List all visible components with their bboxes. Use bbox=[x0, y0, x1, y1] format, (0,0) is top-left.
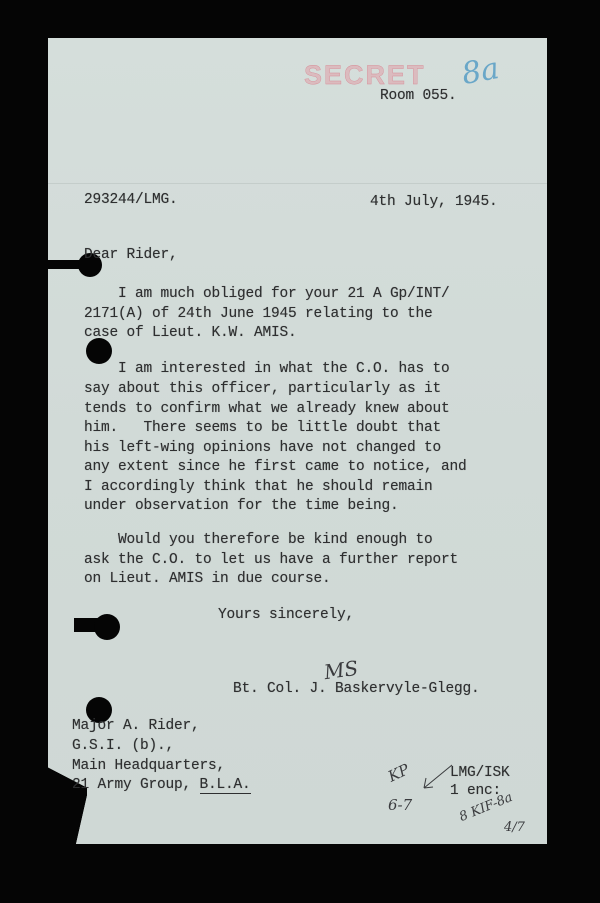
paragraph-line: him. There seems to be little doubt that bbox=[84, 419, 441, 439]
file-annotation-handwritten: 8a bbox=[459, 51, 502, 92]
addressee-line: Main Headquarters, bbox=[72, 757, 225, 777]
paper-fold-line bbox=[48, 183, 547, 184]
paragraph-line: ask the C.O. to let us have a further re… bbox=[84, 551, 458, 571]
paragraph-line: 2171(A) of 24th June 1945 relating to th… bbox=[84, 305, 433, 325]
addressee-unit: 21 Army Group, bbox=[72, 777, 200, 793]
reference-number: 293244/LMG. bbox=[84, 191, 178, 211]
paragraph-line: on Lieut. AMIS in due course. bbox=[84, 570, 331, 590]
room-number: Room 055. bbox=[380, 87, 457, 107]
addressee-underlined-bla: B.L.A. bbox=[200, 777, 251, 794]
handwritten-note-6-7: 6-7 bbox=[388, 796, 412, 814]
paragraph-line: Would you therefore be kind enough to bbox=[84, 531, 433, 551]
paragraph-line: any extent since he first came to notice… bbox=[84, 458, 467, 478]
paragraph-line: tends to confirm what we already knew ab… bbox=[84, 400, 450, 420]
paragraph-line: I accordingly think that he should remai… bbox=[84, 478, 433, 498]
paragraph-line: I am much obliged for your 21 A Gp/INT/ bbox=[84, 285, 450, 305]
paragraph-line: his left-wing opinions have not changed … bbox=[84, 439, 441, 459]
paragraph-line: under observation for the time being. bbox=[84, 497, 399, 517]
handwritten-note-date: 4/7 bbox=[504, 820, 525, 835]
addressee-line: 21 Army Group, B.L.A. bbox=[72, 776, 251, 796]
paragraph-line: say about this officer, particularly as … bbox=[84, 380, 441, 400]
paragraph-line: case of Lieut. K.W. AMIS. bbox=[84, 324, 297, 344]
arrow-annotation-icon bbox=[420, 762, 454, 792]
addressee-line: Major A. Rider, bbox=[72, 717, 200, 737]
salutation: Dear Rider, bbox=[84, 246, 178, 266]
letter-date: 4th July, 1945. bbox=[370, 193, 498, 213]
addressee-line: G.S.I. (b)., bbox=[72, 737, 174, 757]
paragraph-line: I am interested in what the C.O. has to bbox=[84, 360, 450, 380]
closing: Yours sincerely, bbox=[218, 606, 354, 626]
footer-reference: LMG/ISK bbox=[450, 764, 510, 784]
punch-hole-3 bbox=[94, 614, 120, 640]
signatory: Bt. Col. J. Baskervyle-Glegg. bbox=[233, 680, 480, 700]
